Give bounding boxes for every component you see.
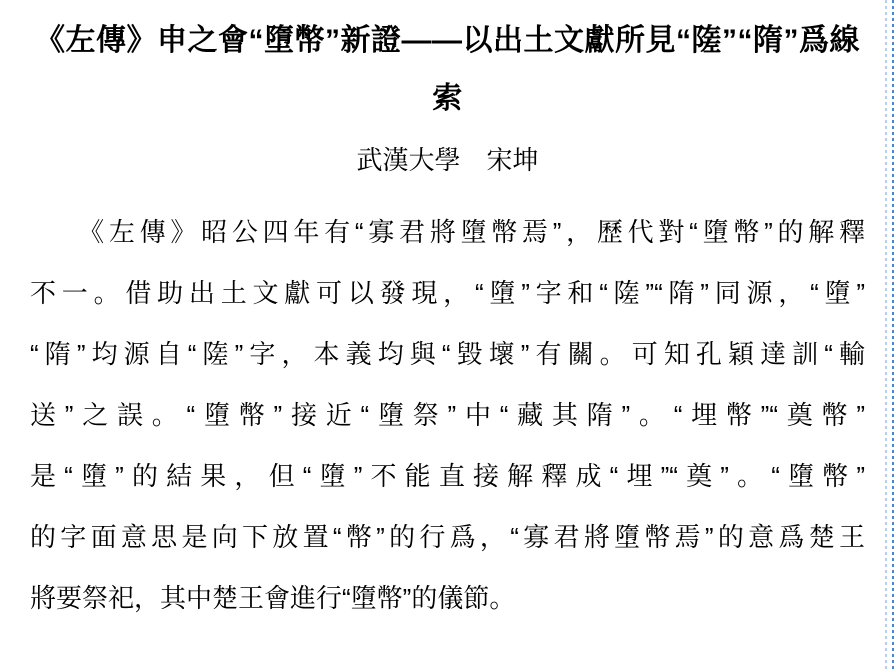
abstract-line-6: 的字面意思是向下放置“幣”的行爲，“寡君將墮幣焉”的意爲楚王 [30,507,865,568]
document-page: 《左傳》申之會“墮幣”新證——以出土文獻所見“隓”“隋”爲線 索 武漢大學 宋坤… [0,0,896,671]
text-boundary-dashed-line-inner [885,0,887,671]
paper-title-line-1: 《左傳》申之會“墮幣”新證——以出土文獻所見“隓”“隋”爲線 [30,12,865,70]
abstract-line-2: 不一。借助出土文獻可以發現，“墮”字和“隓”“隋”同源，“墮” [30,263,865,324]
abstract-paragraph: 《左傳》昭公四年有“寡君將墮幣焉”，歷代對“墮幣”的解釋 不一。借助出土文獻可以… [30,202,865,629]
document-content: 《左傳》申之會“墮幣”新證——以出土文獻所見“隓”“隋”爲線 索 武漢大學 宋坤… [30,0,865,629]
text-boundary-dashed-line-outer [892,0,894,671]
abstract-line-4: 送”之誤。“墮幣”接近“墮祭”中“藏其隋”。“埋幣”“奠幣” [30,385,865,446]
author-affiliation-line: 武漢大學 宋坤 [30,130,865,190]
abstract-line-7: 將要祭祀，其中楚王會進行“墮幣”的儀節。 [30,568,865,629]
abstract-line-1: 《左傳》昭公四年有“寡君將墮幣焉”，歷代對“墮幣”的解釋 [30,202,865,263]
abstract-line-5: 是“墮”的結果，但“墮”不能直接解釋成“埋”“奠”。“墮幣” [30,446,865,507]
paper-title: 《左傳》申之會“墮幣”新證——以出土文獻所見“隓”“隋”爲線 索 [30,0,865,128]
paper-title-line-2: 索 [30,70,865,128]
abstract-line-3: “隋”均源自“隓”字，本義均與“毀壞”有關。可知孔穎達訓“輸 [30,324,865,385]
